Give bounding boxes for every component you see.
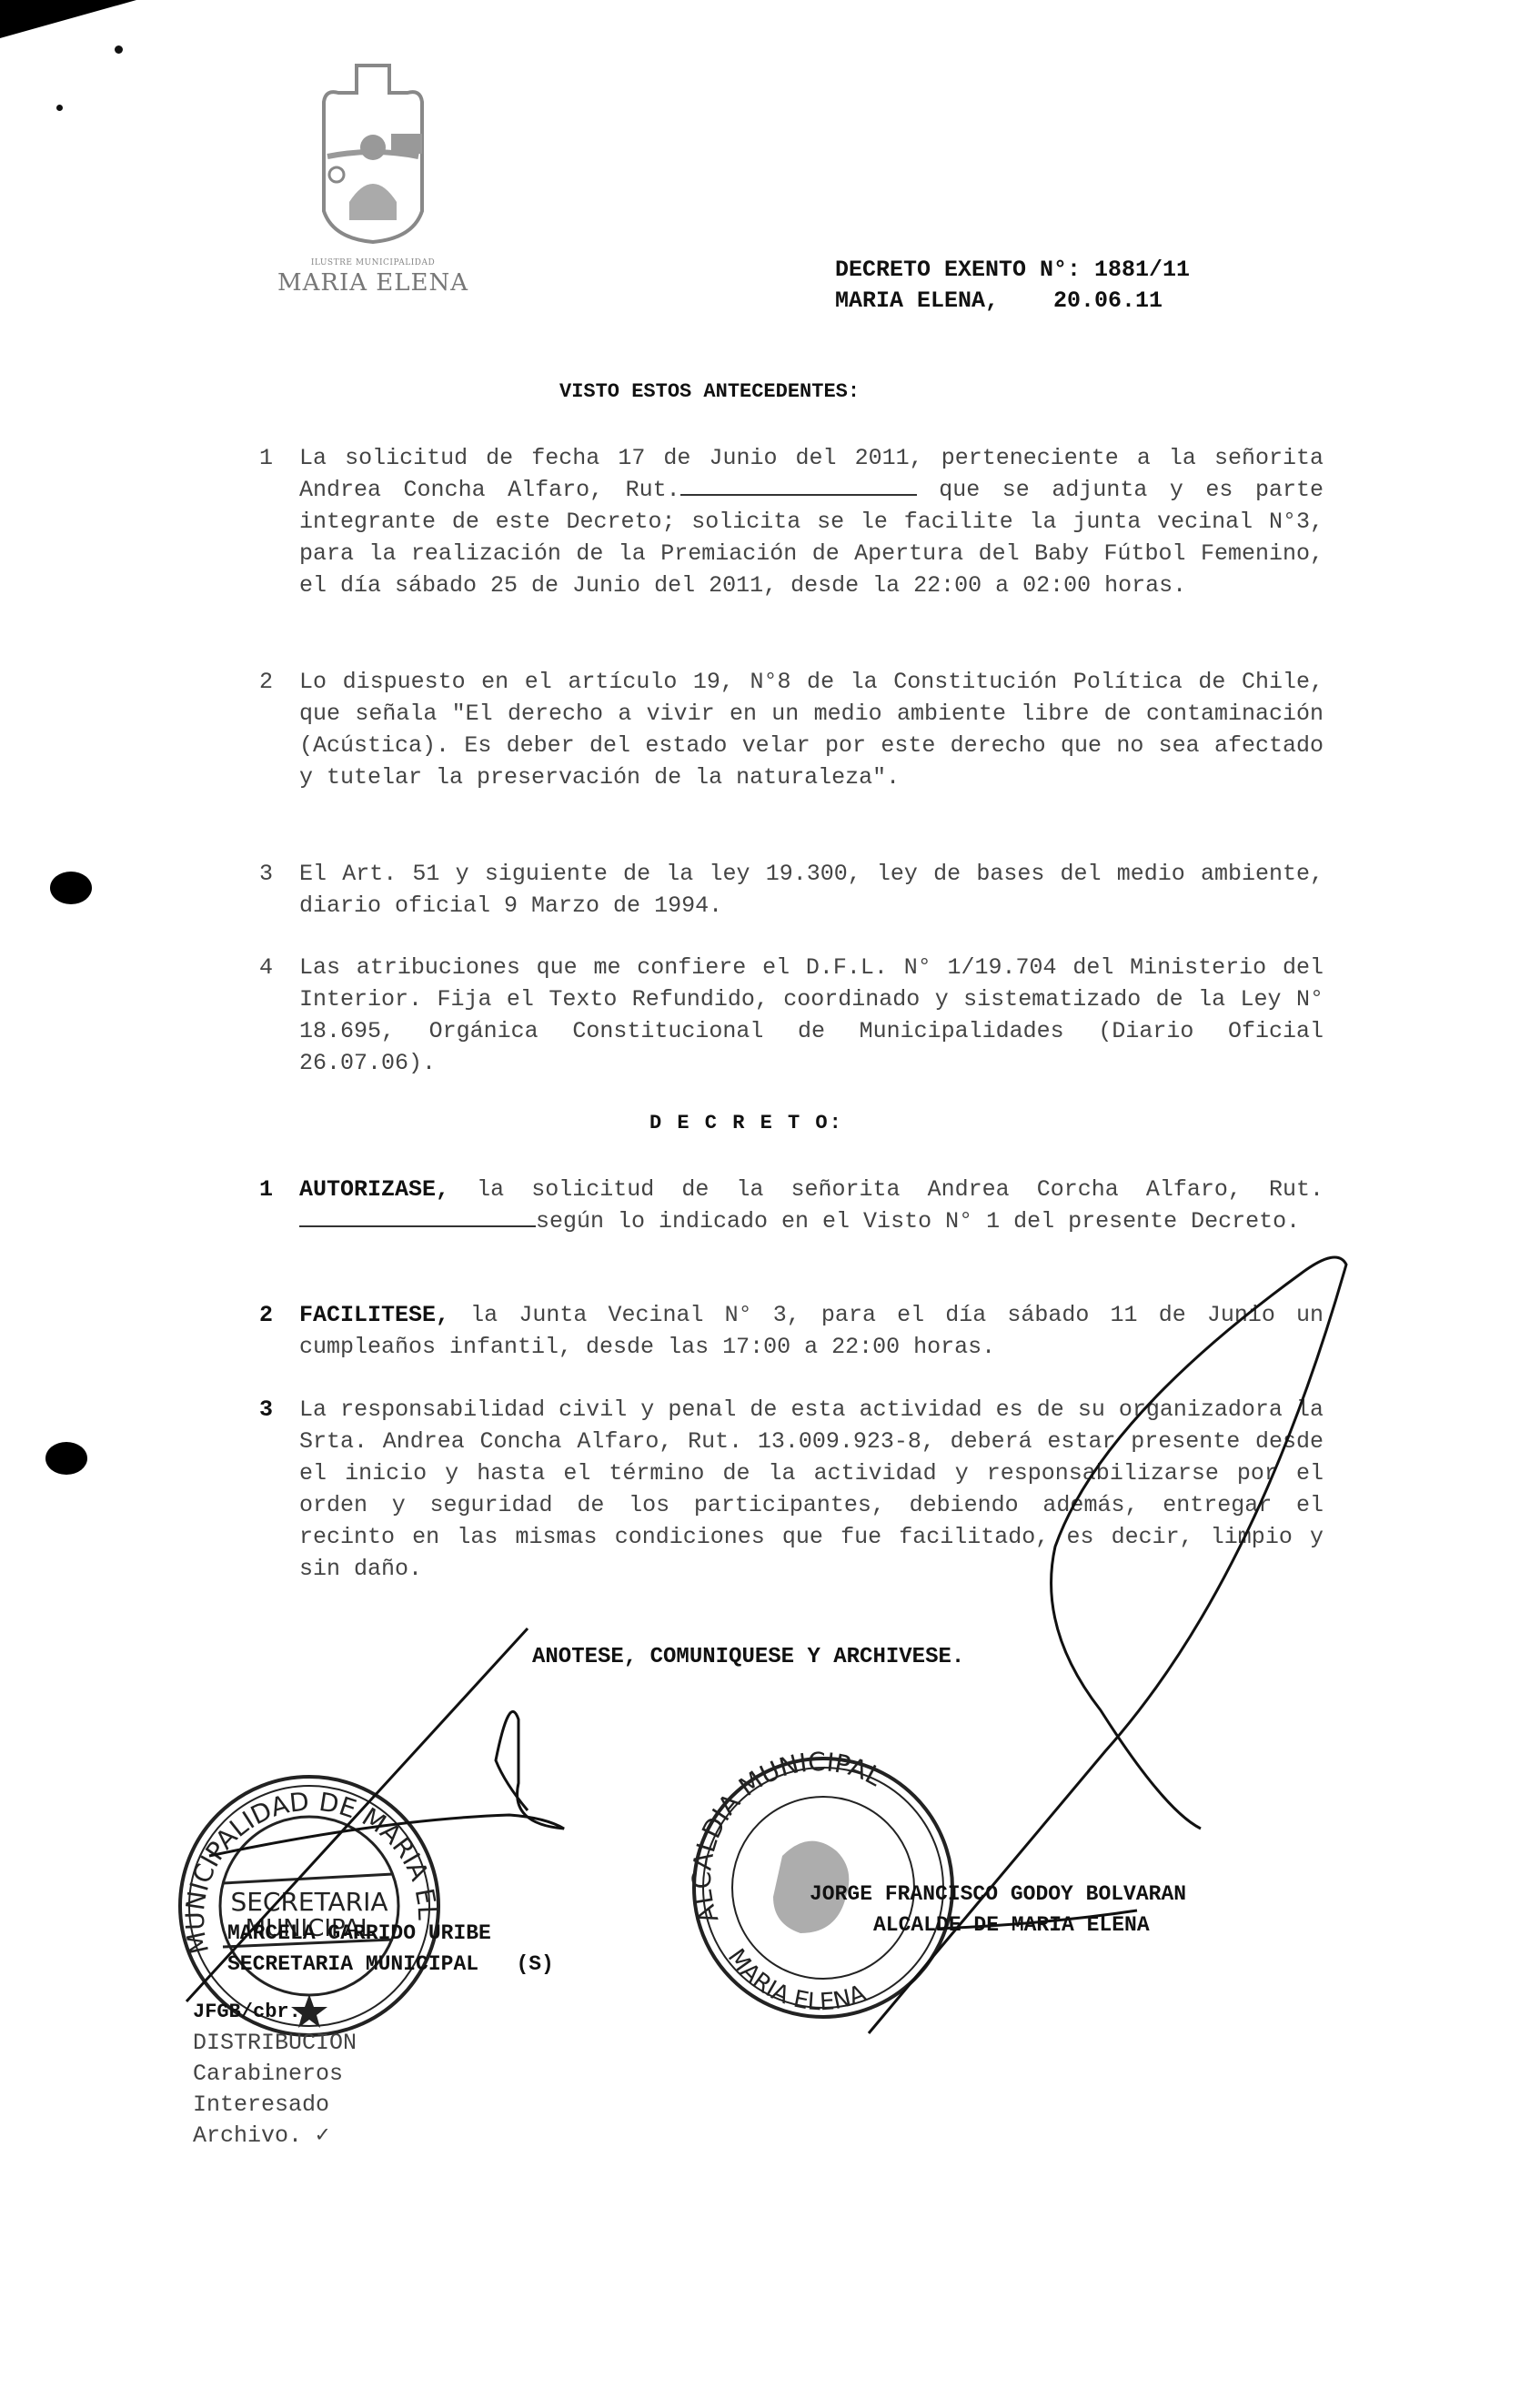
svg-text:MARIA ELENA: MARIA ELENA — [722, 1944, 871, 2016]
secretary-stamp-icon: MUNICIPALIDAD DE MARIA ELENA SECRETARIA … — [0, 0, 442, 2035]
mayor-role: ALCALDE DE MARIA ELENA — [873, 1910, 1186, 1940]
mayor-name: JORGE FRANCISCO GODOY BOLVARAN — [810, 1879, 1186, 1910]
distribution-recipient: Interesado — [193, 2090, 357, 2121]
secretary-signatory: MARCELA GARRIDO URIBESECRETARIA MUNICIPA… — [227, 1918, 554, 1980]
secretary-name: MARCELA GARRIDO URIBE — [227, 1918, 554, 1949]
distribution-recipient: Carabineros — [193, 2059, 357, 2090]
svg-text:MUNICIPALIDAD DE MARIA ELENA: MUNICIPALIDAD DE MARIA ELENA — [0, 0, 442, 1957]
secretary-role: SECRETARIA MUNICIPAL (S) — [227, 1949, 554, 1980]
svg-text:SECRETARIA: SECRETARIA — [230, 1887, 388, 1917]
distribution-recipient: Archivo. ✓ — [193, 2121, 357, 2152]
mayor-signatory: JORGE FRANCISCO GODOY BOLVARANALCALDE DE… — [810, 1879, 1186, 1940]
distribution-block: JFGB/cbr. DISTRIBUCION Carabineros Inter… — [193, 1997, 357, 2152]
typist-initials: JFGB/cbr. — [193, 1997, 357, 2028]
distribution-title: DISTRIBUCION — [193, 2028, 357, 2059]
checkmark-icon: ✓ — [302, 2122, 329, 2149]
recipient-text: Archivo. — [193, 2122, 302, 2149]
